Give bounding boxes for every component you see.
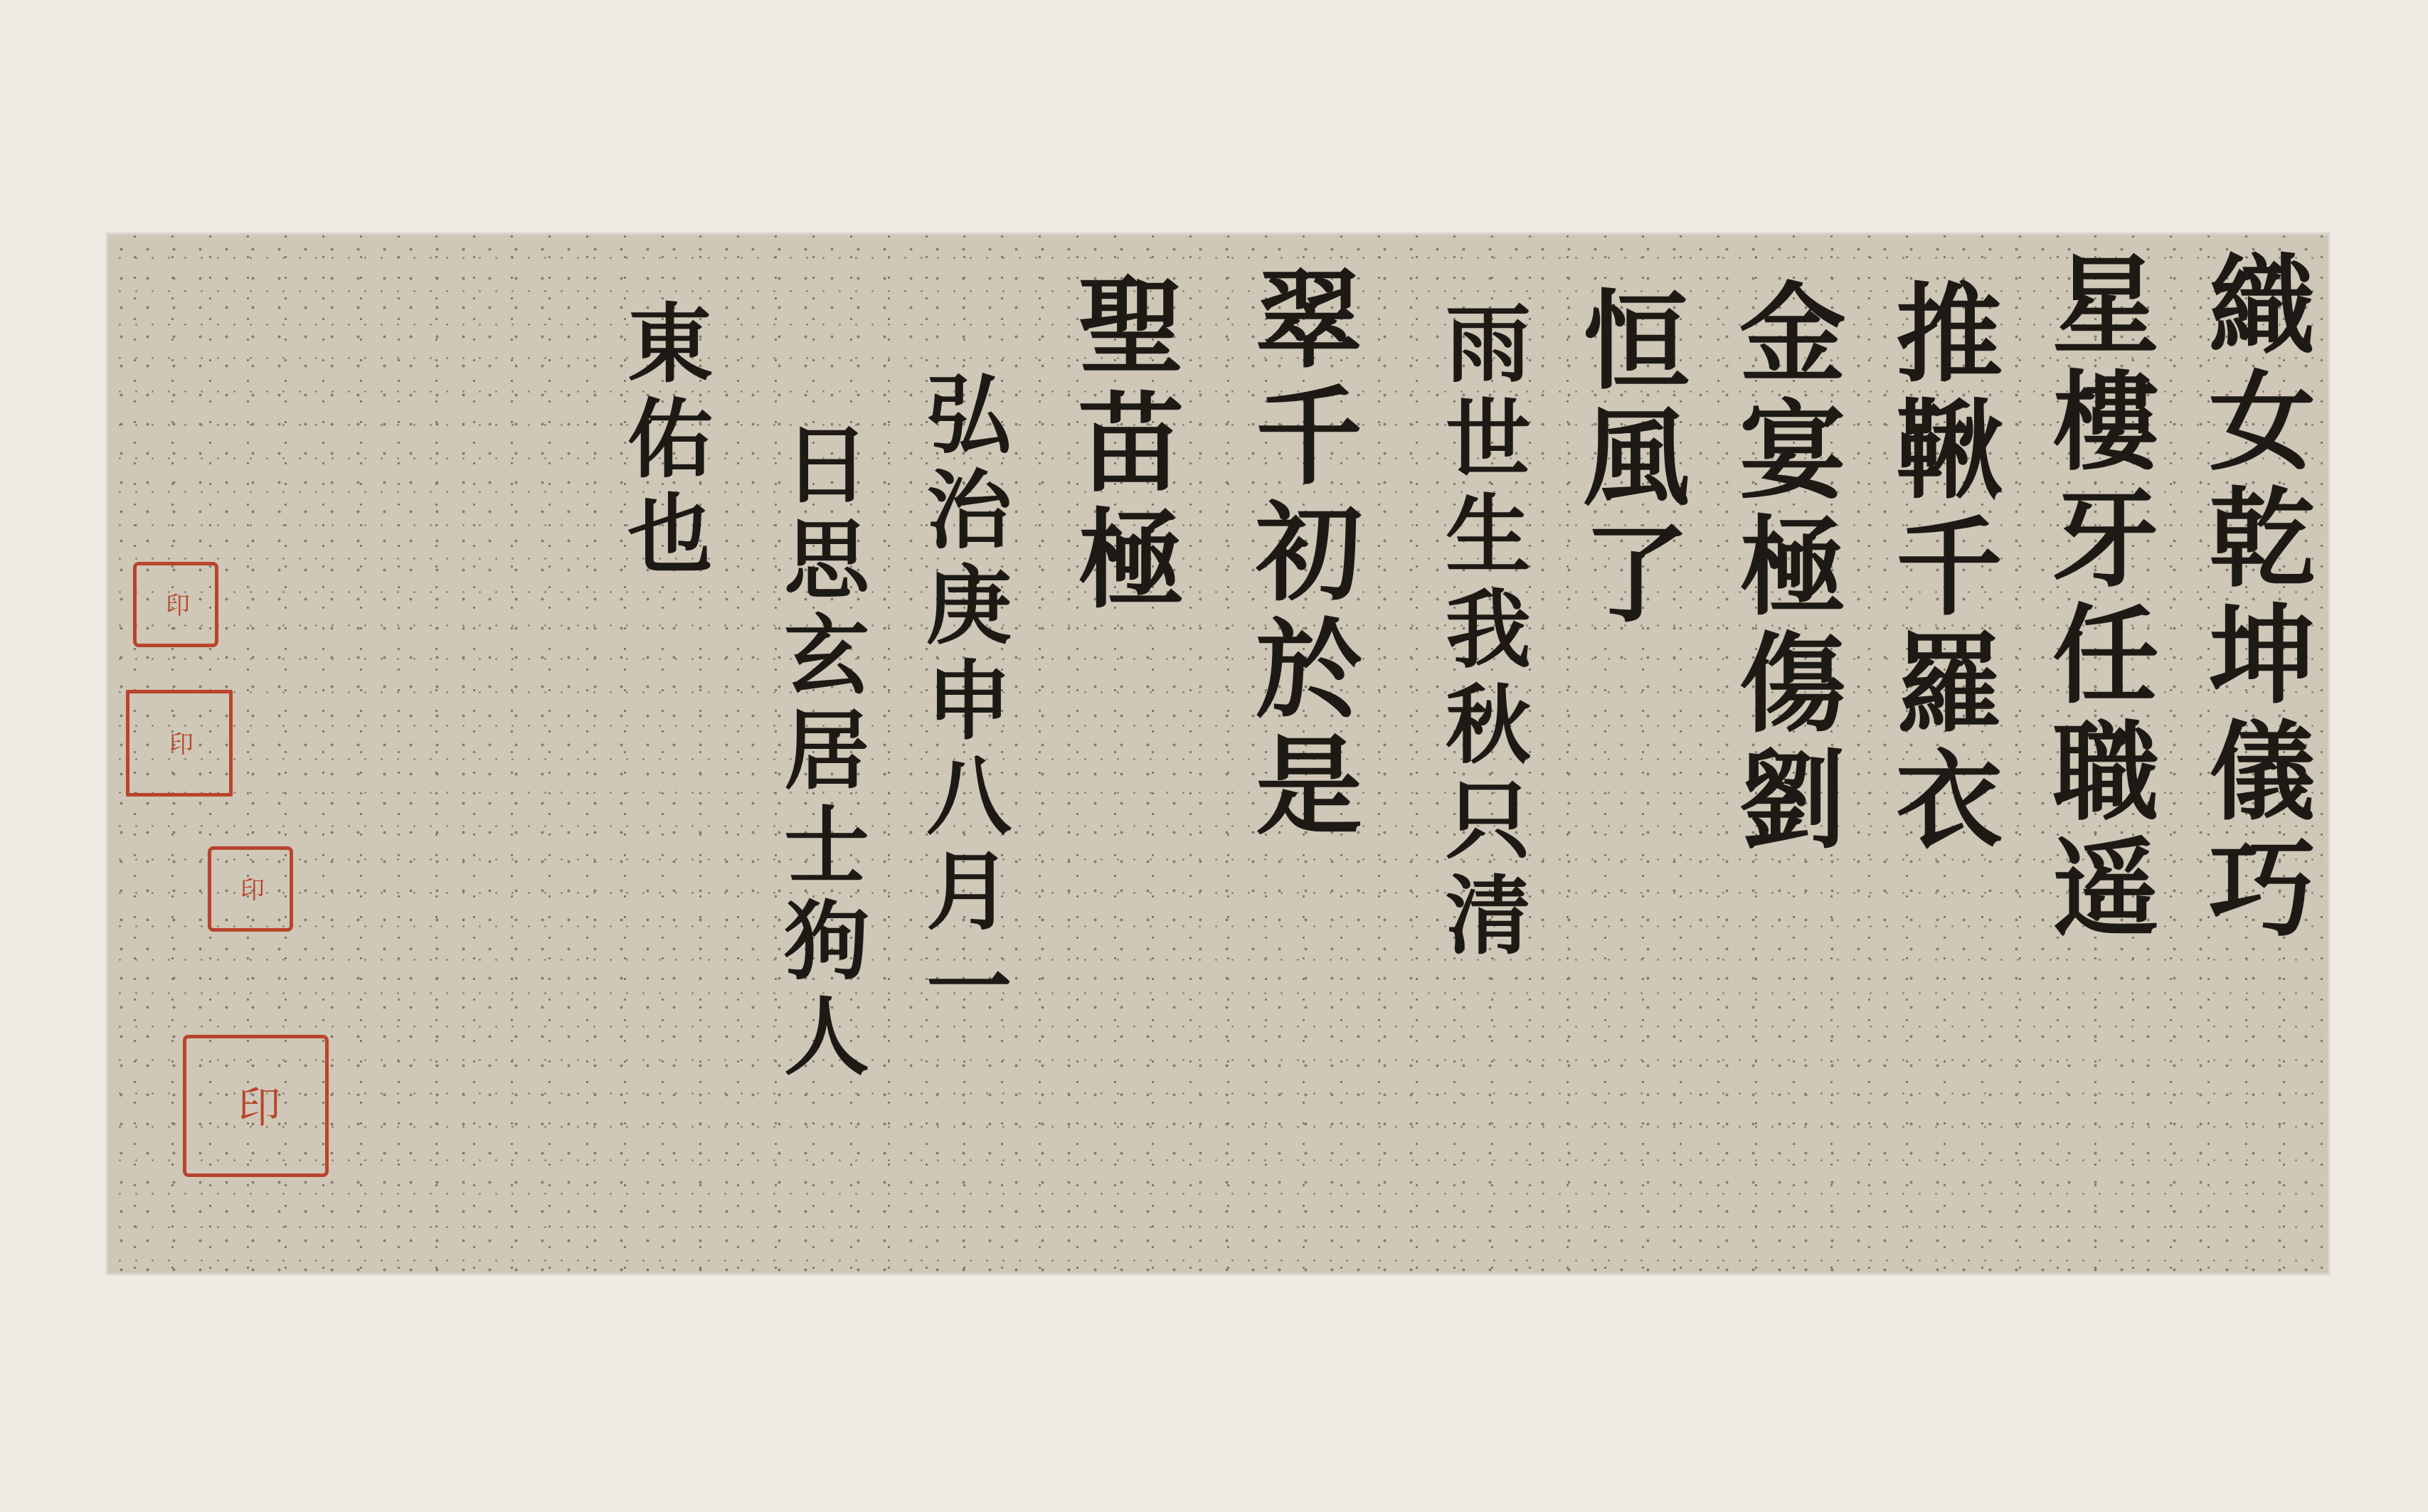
- text-column-9: 弘治庚申八月一: [919, 370, 1004, 1037]
- seal-icon: 印: [183, 1035, 329, 1177]
- text-column-6: 雨世生我秋只清: [1438, 299, 1524, 966]
- text-column-8: 聖苗極: [1069, 270, 1175, 620]
- seal-icon: 印: [133, 562, 218, 647]
- seal-icon: 印: [126, 690, 233, 797]
- text-column-2: 星樓牙任職遥: [2043, 249, 2150, 949]
- text-column-3: 推鞦千羅衣: [1887, 277, 1993, 861]
- seal-icon: 印: [208, 846, 293, 932]
- text-column-1: 織女乾坤儀巧: [2200, 249, 2306, 949]
- text-column-10: 日思玄居士狗人: [777, 420, 862, 1087]
- text-column-5: 恒風了: [1574, 284, 1680, 634]
- calligraphy-scroll: 織女乾坤儀巧 星樓牙任職遥 推鞦千羅衣 金宴極傷劉 恒風了 雨世生我秋只清 翠千…: [108, 235, 2328, 1273]
- text-column-11: 東佑也: [620, 299, 706, 585]
- text-column-4: 金宴極傷劉: [1730, 277, 1837, 861]
- text-column-7: 翠千初於是: [1246, 263, 1353, 846]
